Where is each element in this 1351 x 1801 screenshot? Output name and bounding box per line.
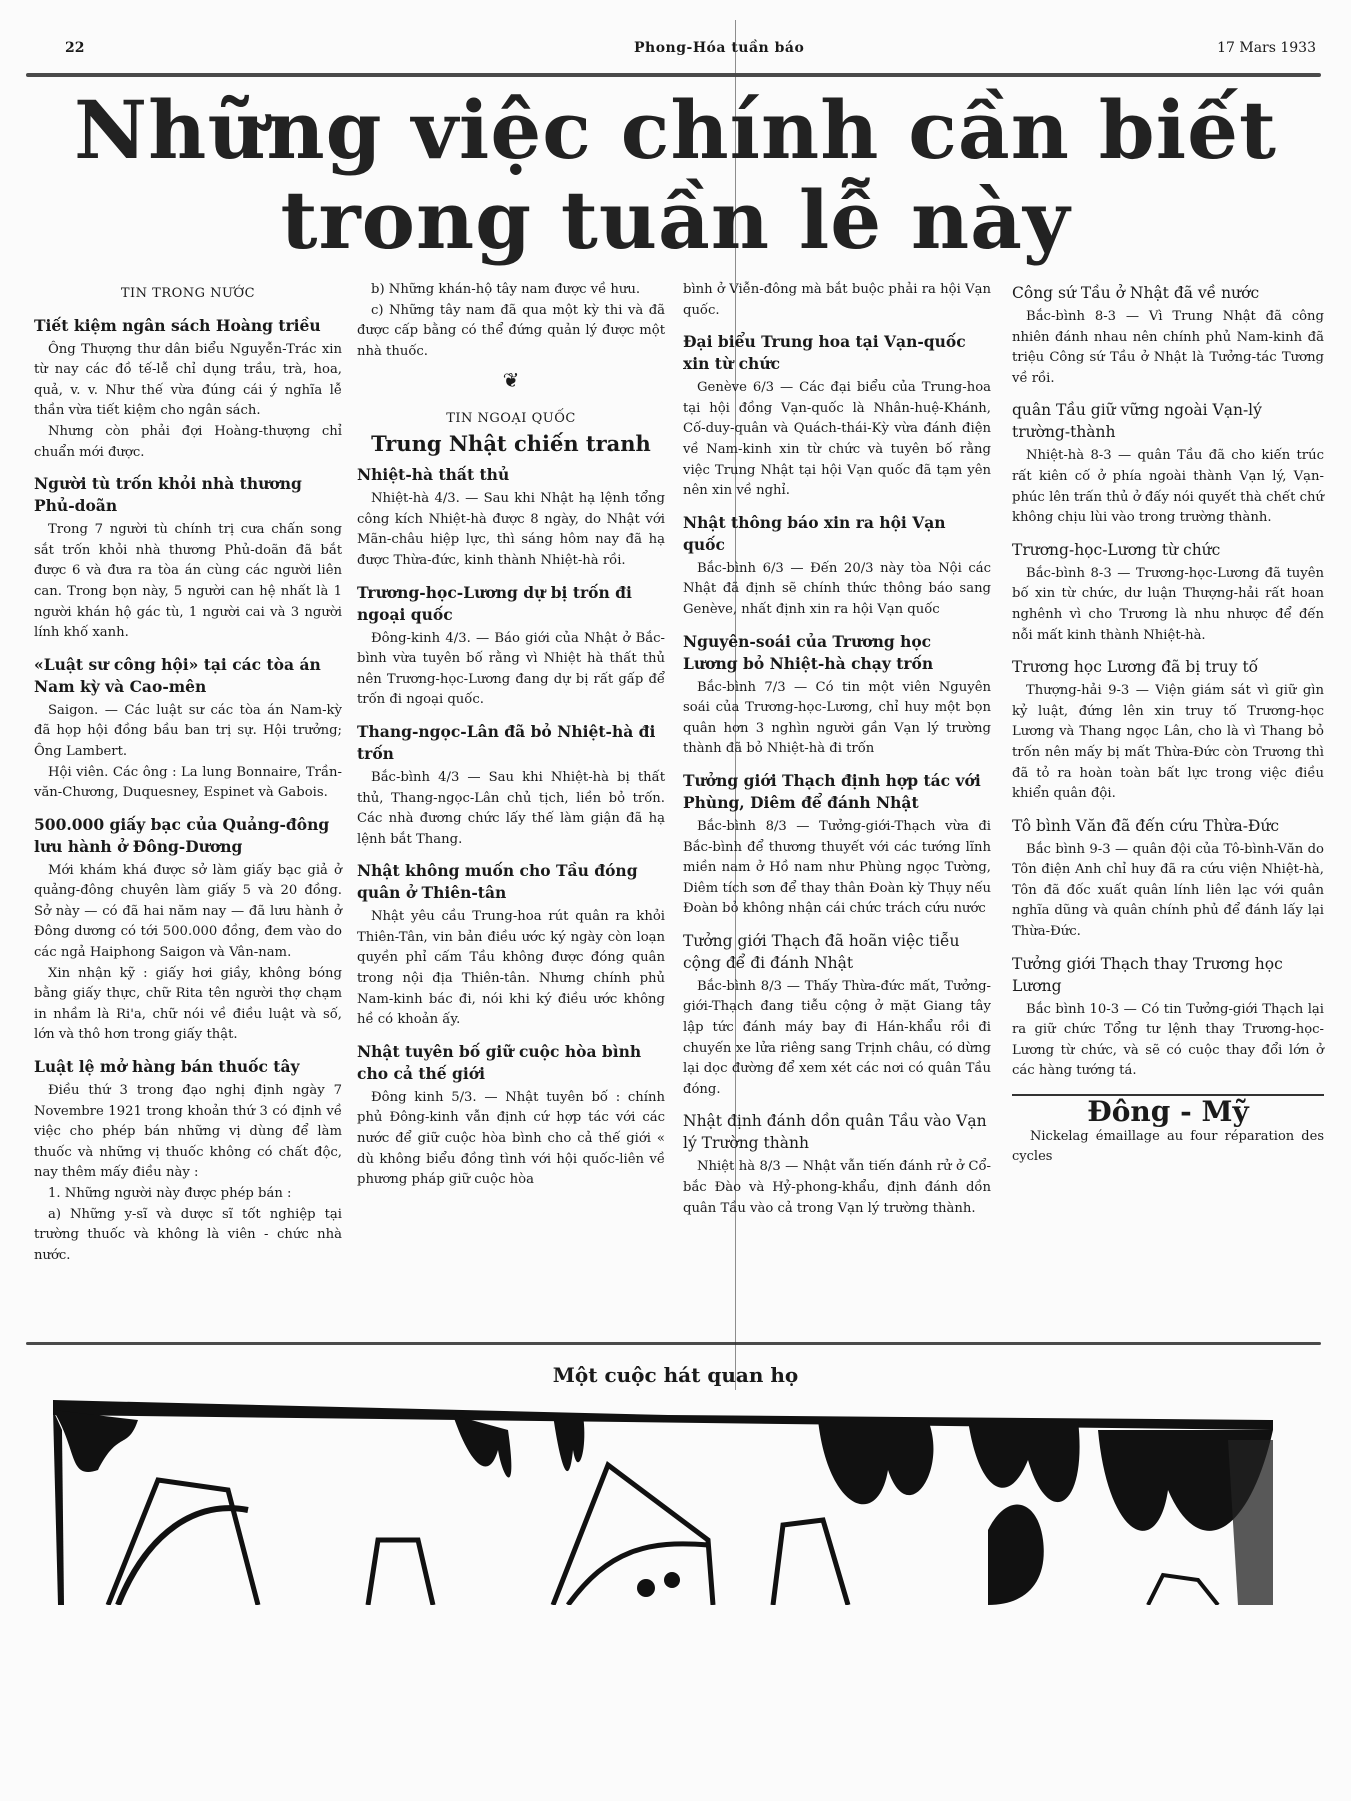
article-title: Nhật định đánh dồn quân Tầu vào Vạn lý T… [683, 1110, 991, 1154]
article-title: Trương học Lương đã bị truy tố [1012, 656, 1324, 678]
section-rule [26, 1342, 1321, 1345]
article-paragraph: 1. Những người này được phép bán : [34, 1184, 342, 1205]
article-paragraph: Nhưng còn phải đợi Hoàng-thượng chỉ chuẩ… [34, 422, 342, 463]
masthead: 22 Phong-Hóa tuần báo 17 Mars 1933 [60, 40, 1316, 60]
column-4: Công sứ Tầu ở Nhật đã về nước Bắc-bình 8… [1012, 280, 1324, 1168]
column-3: bình ở Viễn-đông mà bắt buộc phải ra hội… [683, 280, 991, 1219]
article-paragraph: Nhật yêu cầu Trung-hoa rút quân ra khỏi … [357, 907, 665, 1031]
article-paragraph: Mới khám khá được sở làm giấy bạc giả ở … [34, 861, 342, 964]
advertisement-text: Nickelag émaillage au four réparation de… [1012, 1127, 1324, 1168]
article-title: 500.000 giấy bạc của Quảng-đông lưu hành… [34, 814, 342, 858]
article-paragraph: Ông Thượng thư dân biểu Nguyễn-Trác xin … [34, 340, 342, 422]
article-title: Tô bình Văn đã đến cứu Thừa-Đức [1012, 815, 1324, 837]
article-paragraph: Bắc-bình 4/3 — Sau khi Nhiệt-hà bị thất … [357, 768, 665, 850]
article-title: Trương-học-Lương dự bị trốn đi ngoại quố… [357, 582, 665, 626]
article-paragraph: Trong 7 người tù chính trị cưa chấn song… [34, 520, 342, 644]
article-title: «Luật sư công hội» tại các tòa án Nam kỳ… [34, 654, 342, 698]
headline-line-2: trong tuần lễ này [0, 175, 1351, 265]
article-title: Đại biểu Trung hoa tại Vạn-quốc xin từ c… [683, 331, 991, 375]
illustration-caption: Một cuộc hát quan họ [0, 1363, 1351, 1387]
article-paragraph: Bắc-bình 8-3 — Trương-học-Lương đã tuyên… [1012, 564, 1324, 646]
column-1: TIN TRONG NƯỚC Tiết kiệm ngân sách Hoàng… [34, 280, 342, 1266]
continued-paragraph: b) Những khán-hộ tây nam được về hưu. [357, 280, 665, 301]
advertisement: Đông - Mỹ Nickelag émaillage au four rép… [1012, 1102, 1324, 1168]
article-paragraph: Xin nhận kỹ : giấy hơi giầy, không bóng … [34, 964, 342, 1046]
article-title: Nhật thông báo xin ra hội Vạn quốc [683, 512, 991, 556]
article-paragraph: Nhiệt-hà 4/3. — Sau khi Nhật hạ lệnh tổn… [357, 489, 665, 571]
section-label-domestic: TIN TRONG NƯỚC [34, 284, 342, 305]
column-2: b) Những khán-hộ tây nam được về hưu. c)… [357, 280, 665, 1191]
article-paragraph: Đông-kinh 4/3. — Báo giới của Nhật ở Bắc… [357, 629, 665, 711]
section-label-foreign: TIN NGOẠI QUỐC [357, 409, 665, 430]
article-title: Luật lệ mở hàng bán thuốc tây [34, 1056, 342, 1078]
quan-ho-singers-illustration [48, 1390, 1280, 1605]
article-paragraph: Thượng-hải 9-3 — Viện giám sát vì giữ gì… [1012, 681, 1324, 805]
feature-heading: Trung Nhật chiến tranh [357, 434, 665, 455]
article-paragraph: Bắc bình 10-3 — Có tin Tưởng-giới Thạch … [1012, 1000, 1324, 1082]
article-paragraph: Bắc-bình 6/3 — Đến 20/3 này tòa Nội các … [683, 559, 991, 621]
newspaper-name: Phong-Hóa tuần báo [634, 40, 804, 56]
article-paragraph: Nhiệt hà 8/3 — Nhật vẫn tiến đánh rử ở C… [683, 1157, 991, 1219]
page-headline: Những việc chính cần biết trong tuần lễ … [0, 85, 1351, 265]
article-paragraph: Hội viên. Các ông : La lung Bonnaire, Tr… [34, 763, 342, 804]
article-title: Trương-học-Lương từ chức [1012, 539, 1324, 561]
page-number: 22 [65, 40, 84, 56]
article-paragraph: Bắc bình 9-3 — quân đội của Tô-bình-Văn … [1012, 840, 1324, 943]
article-title: Nhật không muốn cho Tầu đóng quân ở Thiê… [357, 860, 665, 904]
ornament-icon: ❦ [357, 370, 665, 391]
article-title: Thang-ngọc-Lân đã bỏ Nhiệt-hà đi trốn [357, 721, 665, 765]
article-title: Nguyên-soái của Trương học Lương bỏ Nhiệ… [683, 631, 991, 675]
article-paragraph: Saigon. — Các luật sư các tòa án Nam-kỳ … [34, 701, 342, 763]
article-title: Tưởng giới Thạch thay Trương học Lương [1012, 953, 1324, 997]
article-title: Người tù trốn khỏi nhà thương Phủ-doãn [34, 473, 342, 517]
article-paragraph: Bắc-bình 8-3 — Vì Trung Nhật đã công nhi… [1012, 307, 1324, 389]
continued-paragraph: c) Những tây nam đã qua một kỳ thi và đã… [357, 301, 665, 363]
article-title: Công sứ Tầu ở Nhật đã về nước [1012, 282, 1324, 304]
newspaper-page: 22 Phong-Hóa tuần báo 17 Mars 1933 Những… [0, 0, 1351, 1801]
article-paragraph: Bắc-bình 8/3 — Tưởng-giới-Thạch vừa đi B… [683, 817, 991, 920]
article-title: Nhật tuyên bố giữ cuộc hòa bình cho cả t… [357, 1041, 665, 1085]
issue-date: 17 Mars 1933 [1217, 40, 1316, 56]
article-paragraph: Đông kinh 5/3. — Nhật tuyên bố : chính p… [357, 1088, 665, 1191]
article-title: Nhiệt-hà thất thủ [357, 464, 665, 486]
article-paragraph: a) Những y-sĩ và dược sĩ tốt nghiệp tại … [34, 1205, 342, 1267]
article-paragraph: Điều thứ 3 trong đạo nghị định ngày 7 No… [34, 1081, 342, 1184]
continued-paragraph: bình ở Viễn-đông mà bắt buộc phải ra hội… [683, 280, 991, 321]
article-paragraph: Nhiệt-hà 8-3 — quân Tầu đã cho kiến trúc… [1012, 446, 1324, 528]
article-title: Tưởng giới Thạch đã hoãn việc tiễu cộng … [683, 930, 991, 974]
article-title: Tưởng giới Thạch định hợp tác với Phùng,… [683, 770, 991, 814]
advertisement-title: Đông - Mỹ [1012, 1102, 1324, 1123]
headline-line-1: Những việc chính cần biết [0, 85, 1351, 175]
article-title: Tiết kiệm ngân sách Hoàng triều [34, 315, 342, 337]
header-rule [26, 73, 1321, 77]
article-paragraph: Genève 6/3 — Các đại biểu của Trung-hoa … [683, 378, 991, 502]
article-title: quân Tầu giữ vững ngoài Vạn-lý trường-th… [1012, 399, 1324, 443]
article-paragraph: Bắc-bình 8/3 — Thấy Thừa-đức mất, Tưởng-… [683, 977, 991, 1101]
article-paragraph: Bắc-bình 7/3 — Có tin một viên Nguyên so… [683, 678, 991, 760]
